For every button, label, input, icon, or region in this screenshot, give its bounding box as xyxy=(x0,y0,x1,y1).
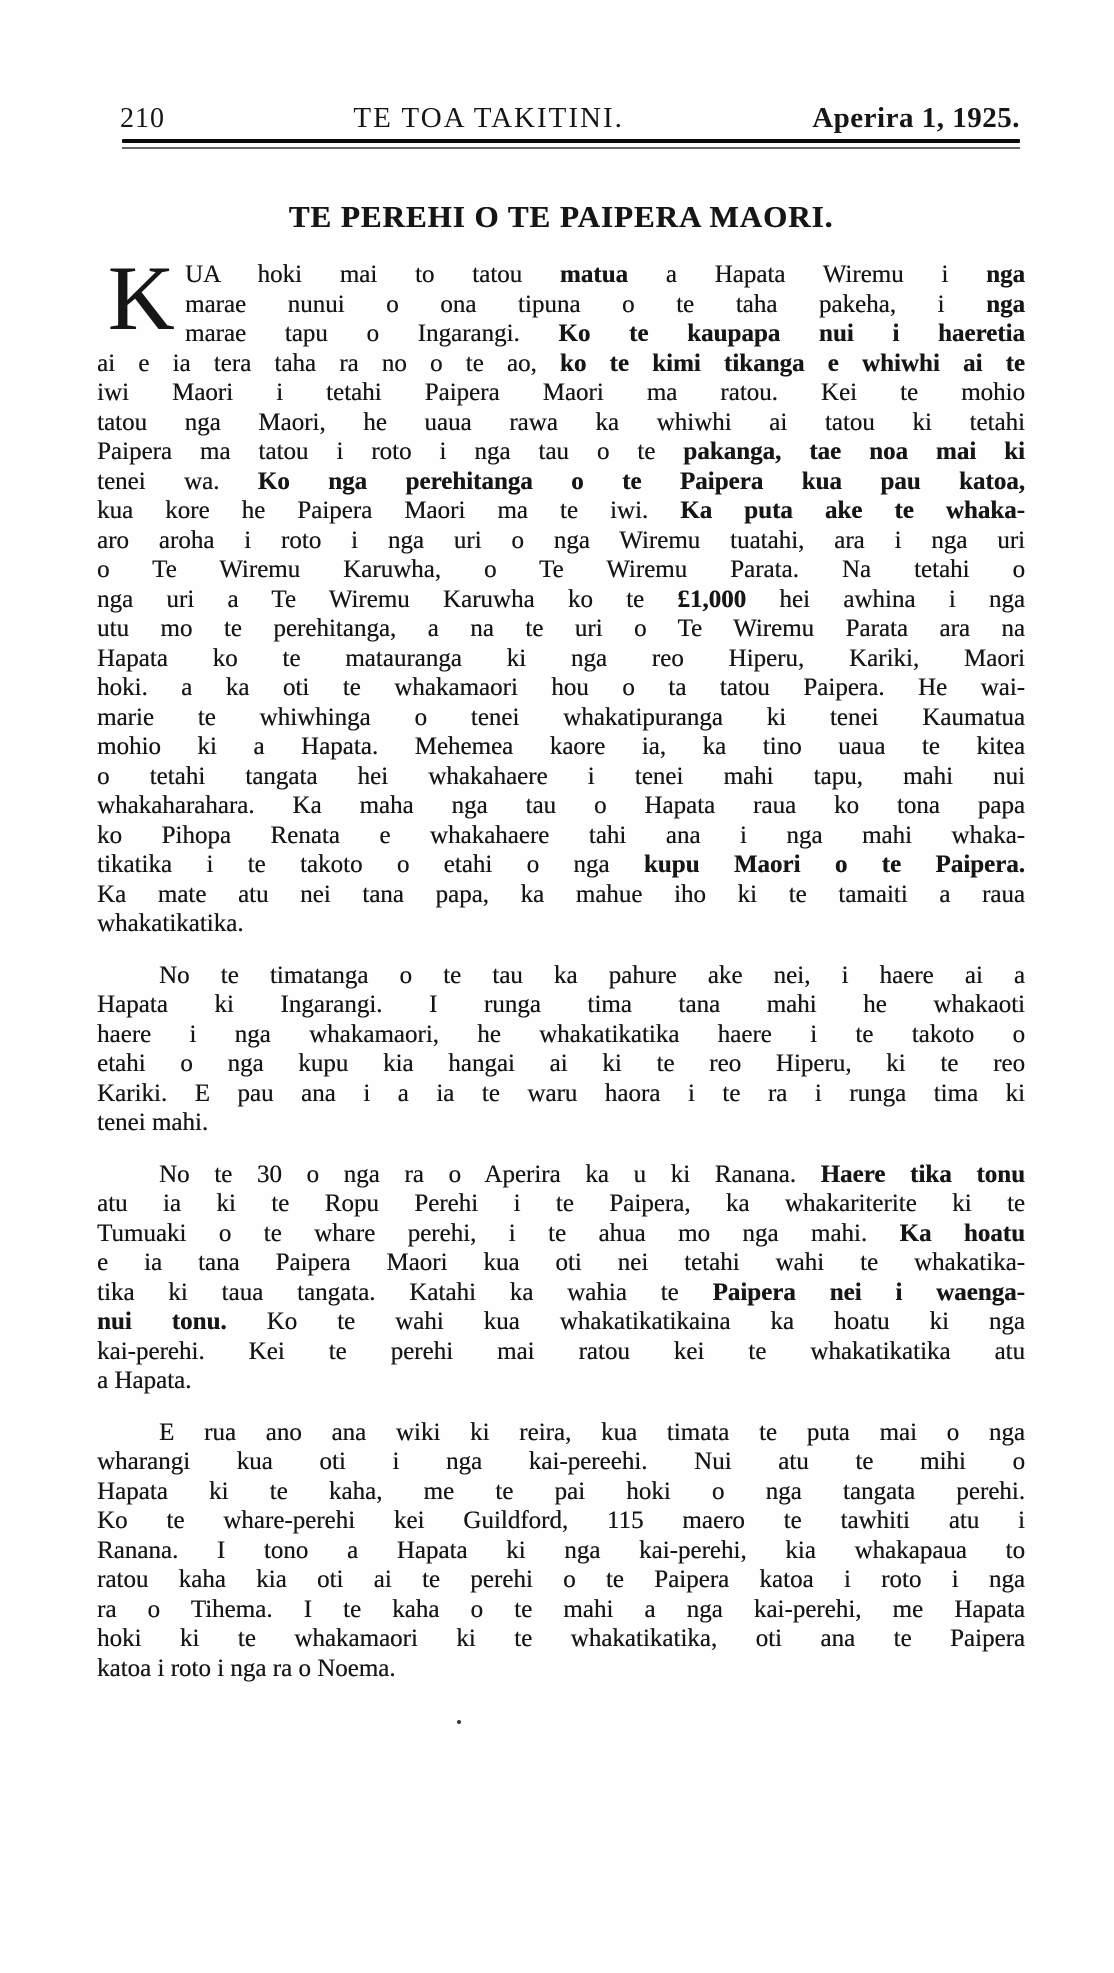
scanned-newspaper-page: 210 TE TOA TAKITINI. Aperira 1, 1925. TE… xyxy=(0,0,1114,1973)
rule-thick xyxy=(122,139,1020,143)
text-line: Hapata ki te kaha, me te pai hoki o nga … xyxy=(97,1477,1025,1507)
text-line: etahi o nga kupu kia hangai ai ki te reo… xyxy=(97,1049,1025,1079)
text-line: ko Pihopa Renata e whakahaere tahi ana i… xyxy=(97,821,1025,851)
text-line: tatou nga Maori, he uaua rawa ka whiwhi … xyxy=(97,408,1025,438)
text-line: ra o Tihema. I te kaha o te mahi a nga k… xyxy=(97,1595,1025,1625)
text-line: utu mo te perehitanga, a na te uri o Te … xyxy=(97,614,1025,644)
text-line: katoa i roto i nga ra o Noema. xyxy=(97,1654,1025,1684)
text-line: marie te whiwhinga o tenei whakatipurang… xyxy=(97,703,1025,733)
text-line: Hapata ki Ingarangi. I runga tima tana m… xyxy=(97,990,1025,1020)
text-line: marae tapu o Ingarangi. Ko te kaupapa nu… xyxy=(97,319,1025,349)
text-line: wharangi kua oti i nga kai-pereehi. Nui … xyxy=(97,1447,1025,1477)
text-line: kai-perehi. Kei te perehi mai ratou kei … xyxy=(97,1337,1025,1367)
text-line: tenei mahi. xyxy=(97,1108,1025,1138)
text-line: nga uri a Te Wiremu Karuwha ko te £1,000… xyxy=(97,585,1025,615)
text-line: Kariki. E pau ana i a ia te waru haora i… xyxy=(97,1079,1025,1109)
paragraph: KUA hoki mai to tatou matua a Hapata Wir… xyxy=(97,260,1025,939)
text-line: UA hoki mai to tatou matua a Hapata Wire… xyxy=(97,260,1025,290)
page-number: 210 xyxy=(120,103,165,135)
text-line: o Te Wiremu Karuwha, o Te Wiremu Parata.… xyxy=(97,555,1025,585)
text-line: iwi Maori i tetahi Paipera Maori ma rato… xyxy=(97,378,1025,408)
text-line: No te 30 o nga ra o Aperira ka u ki Rana… xyxy=(97,1160,1025,1190)
article-body: KUA hoki mai to tatou matua a Hapata Wir… xyxy=(97,260,1025,1705)
text-line: ai e ia tera taha ra no o te ao, ko te k… xyxy=(97,349,1025,379)
text-line: atu ia ki te Ropu Perehi i te Paipera, k… xyxy=(97,1189,1025,1219)
text-line: o tetahi tangata hei whakahaere i tenei … xyxy=(97,762,1025,792)
text-line: mohio ki a Hapata. Mehemea kaore ia, ka … xyxy=(97,732,1025,762)
masthead-title: TE TOA TAKITINI. xyxy=(353,102,624,135)
text-line: E rua ano ana wiki ki reira, kua timata … xyxy=(97,1418,1025,1448)
text-line: kua kore he Paipera Maori ma te iwi. Ka … xyxy=(97,496,1025,526)
header-double-rule xyxy=(122,139,1020,149)
text-line: ratou kaha kia oti ai te perehi o te Pai… xyxy=(97,1565,1025,1595)
text-line: marae nunui o ona tipuna o te taha pakeh… xyxy=(97,290,1025,320)
text-line: Tumuaki o te whare perehi, i te ahua mo … xyxy=(97,1219,1025,1249)
text-line: Ka mate atu nei tana papa, ka mahue iho … xyxy=(97,880,1025,910)
ink-speck xyxy=(457,1720,461,1724)
text-line: Hapata ko te matauranga ki nga reo Hiper… xyxy=(97,644,1025,674)
article-title: TE PEREHI O TE PAIPERA MAORI. xyxy=(97,199,1025,235)
text-line: nui tonu. Ko te wahi kua whakatikatikain… xyxy=(97,1307,1025,1337)
text-line: No te timatanga o te tau ka pahure ake n… xyxy=(97,961,1025,991)
page-header: 210 TE TOA TAKITINI. Aperira 1, 1925. xyxy=(120,102,1020,135)
text-line: whakatikatika. xyxy=(97,909,1025,939)
text-line: a Hapata. xyxy=(97,1366,1025,1396)
paragraph: No te timatanga o te tau ka pahure ake n… xyxy=(97,961,1025,1138)
text-line: e ia tana Paipera Maori kua oti nei teta… xyxy=(97,1248,1025,1278)
text-line: Paipera ma tatou i roto i nga tau o te p… xyxy=(97,437,1025,467)
text-line: haere i nga whakamaori, he whakatikatika… xyxy=(97,1020,1025,1050)
text-line: aro aroha i roto i nga uri o nga Wiremu … xyxy=(97,526,1025,556)
text-line: tikatika i te takoto o etahi o nga kupu … xyxy=(97,850,1025,880)
text-line: hoki ki te whakamaori ki te whakatikatik… xyxy=(97,1624,1025,1654)
paragraph: E rua ano ana wiki ki reira, kua timata … xyxy=(97,1418,1025,1684)
issue-date: Aperira 1, 1925. xyxy=(812,102,1020,135)
drop-cap: K xyxy=(97,260,185,348)
text-line: tenei wa. Ko nga perehitanga o te Paiper… xyxy=(97,467,1025,497)
text-line: Ko te whare-perehi kei Guildford, 115 ma… xyxy=(97,1506,1025,1536)
text-line: whakaharahara. Ka maha nga tau o Hapata … xyxy=(97,791,1025,821)
rule-thin xyxy=(122,147,1020,149)
text-line: hoki. a ka oti te whakamaori hou o ta ta… xyxy=(97,673,1025,703)
paragraph: No te 30 o nga ra o Aperira ka u ki Rana… xyxy=(97,1160,1025,1396)
text-line: Ranana. I tono a Hapata ki nga kai-pereh… xyxy=(97,1536,1025,1566)
text-line: tika ki taua tangata. Katahi ka wahia te… xyxy=(97,1278,1025,1308)
